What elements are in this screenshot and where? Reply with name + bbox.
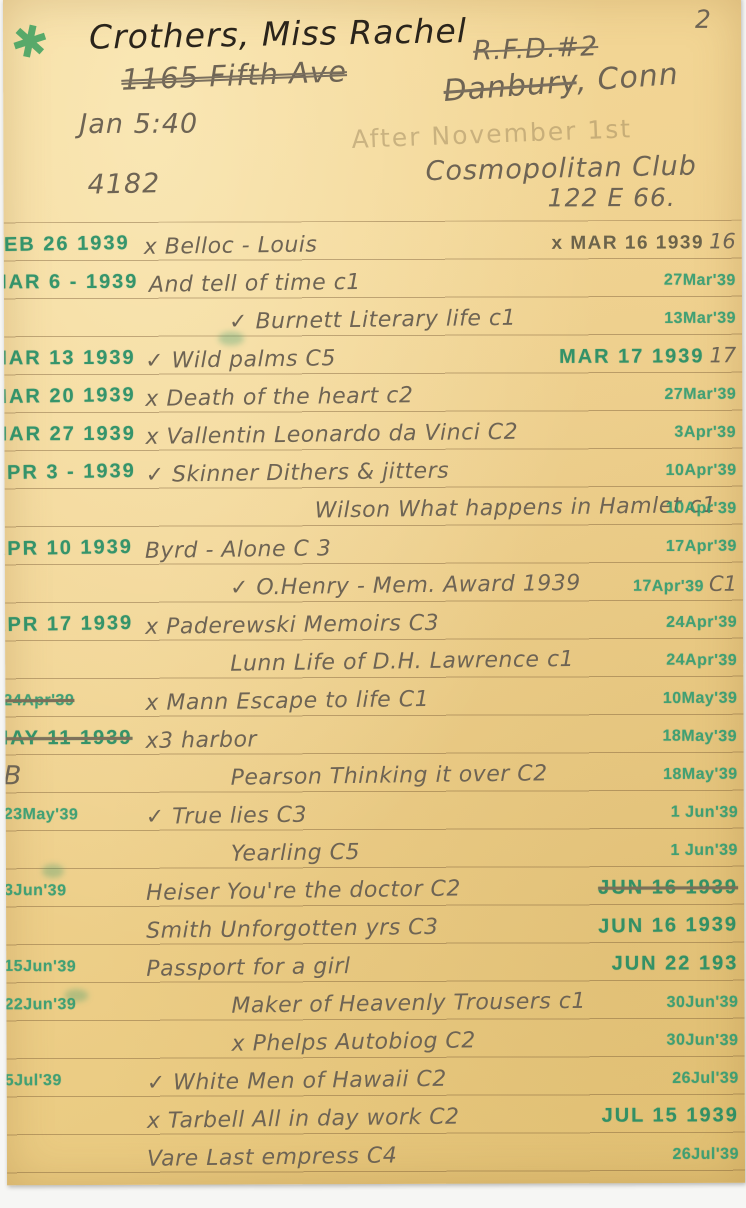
issue-date-stamp: ·	[3, 310, 134, 329]
pencil-note: 17	[709, 343, 736, 367]
ink-smudge	[42, 864, 64, 878]
ink-smudge	[64, 989, 88, 1002]
title-handwriting: ✓ True lies C3	[136, 796, 744, 829]
issue-date-stamp: 24Apr'39	[3, 690, 135, 710]
return-date-stamp: JUN 16 1939	[598, 914, 738, 937]
entry-row: APR 10 1939Byrd - Alone C 317Apr'39	[5, 527, 743, 568]
issue-date-stamp: ·	[3, 576, 135, 595]
return-date-stamp: 27Mar'39	[664, 270, 736, 290]
return-date-stamp: 17Apr'39C1	[633, 572, 737, 596]
return-date-stamp: 1 Jun'39	[670, 840, 737, 860]
title-handwriting: x Phelps Autobiog C2	[136, 1024, 744, 1057]
entry-row: APR 17 1939x Paderewski Memoirs C324Apr'…	[5, 603, 743, 644]
entry-row: 5Jul'39✓ White Men of Hawaii C226Jul'39	[7, 1059, 745, 1100]
title-handwriting: Maker of Heavenly Trousers c1	[136, 986, 744, 1019]
title-handwriting: And tell of time c1	[138, 264, 742, 297]
entry-row: 24Apr'39x Mann Escape to life C110May'39	[5, 679, 743, 720]
return-date-stamp: 1 Jun'39	[670, 802, 737, 822]
return-date-stamp: MAR 17 193917	[559, 343, 736, 369]
entry-row: 23May'39✓ True lies C31 Jun'39	[6, 793, 744, 834]
issue-date-stamp: 5Jul'39	[5, 1070, 137, 1090]
entry-row: ·✓ Burnett Literary life c113Mar'39	[4, 299, 742, 340]
after-november-stamp: After November 1st	[351, 114, 633, 154]
issue-date-stamp: APR 10 1939	[3, 536, 135, 559]
return-date-stamp: 26Jul'39	[672, 1144, 739, 1164]
title-handwriting: ✓ Skinner Dithers & jitters	[136, 454, 743, 487]
issue-date-stamp: 15Jun'39	[4, 956, 136, 976]
entry-row: BPearson Thinking it over C218May'39	[6, 755, 744, 796]
entry-row: MAY 11 1939x3 harbor18May'39	[5, 717, 743, 758]
entry-row: APR 3 - 1939✓ Skinner Dithers & jitters1…	[5, 451, 743, 492]
issue-date-stamp: ·	[4, 918, 136, 937]
title-handwriting: Wilson What happens in Hamlet c1	[135, 492, 743, 525]
return-date-stamp: 24Apr'39	[666, 612, 737, 632]
title-handwriting: x Paderewski Memoirs C3	[135, 606, 743, 639]
return-date-stamp: 3Apr'39	[675, 422, 737, 442]
entry-row: ·Vare Last empress C426Jul'39	[7, 1135, 745, 1176]
issue-date-stamp: MAR 6 - 1939	[3, 270, 139, 293]
issue-date-stamp: ·	[4, 842, 136, 861]
return-date-stamp: 18May'39	[663, 764, 738, 784]
title-handwriting: x Mann Escape to life C1	[135, 682, 743, 715]
issue-date-stamp: MAY 11 1939	[3, 726, 135, 749]
issue-date-stamp: 3Jun'39	[4, 880, 136, 900]
entry-row: FEB 26 1939x Belloc - Louisx MAR 16 1939…	[4, 223, 742, 264]
entry-row: 3Jun'39Heiser You're the doctor C2JUN 16…	[6, 869, 744, 910]
return-date-stamp: 13Mar'39	[664, 308, 736, 328]
entry-row: 22Jun'39Maker of Heavenly Trousers c130J…	[6, 983, 744, 1024]
return-date-stamp: 10Apr'39	[666, 460, 737, 480]
return-date-stamp: 10May'39	[663, 688, 738, 708]
return-date-stamp: 18May'39	[663, 726, 738, 746]
entry-row: ·Wilson What happens in Hamlet c110Apr'3…	[5, 489, 743, 530]
return-date-stamp: 17Apr'39	[666, 536, 737, 556]
entry-row: ·✓ O.Henry - Mem. Award 193917Apr'39C1	[5, 565, 743, 606]
title-handwriting: Pearson Thinking it over C2	[135, 758, 743, 791]
return-date-stamp: 30Jun'39	[667, 1030, 739, 1050]
entry-row: ·Yearling C51 Jun'39	[6, 831, 744, 872]
entry-row: MAR 20 1939x Death of the heart c227Mar'…	[4, 375, 742, 416]
title-handwriting: Byrd - Alone C 3	[135, 530, 743, 563]
pencil-note: 16	[709, 229, 736, 253]
entries: FEB 26 1939x Belloc - Louisx MAR 16 1939…	[4, 223, 745, 1176]
return-date-stamp: JUN 22 193	[612, 952, 739, 975]
issue-date-stamp: ·	[5, 1032, 137, 1051]
issue-date-stamp: 23May'39	[4, 804, 136, 824]
old-address-struck: 1165 Fifth Ave	[121, 54, 348, 97]
return-date-stamp: x MAR 16 193916	[551, 229, 735, 255]
entry-row: 15Jun'39Passport for a girlJUN 22 193	[6, 945, 744, 986]
scanned-library-card: ✱ Crothers, Miss Rachel 2 1165 Fifth Ave…	[0, 0, 746, 1208]
entry-row: ·x Phelps Autobiog C230Jun'39	[7, 1021, 745, 1062]
issue-date-stamp: MAR 13 1939	[3, 346, 136, 369]
issue-date-stamp: ·	[5, 1108, 137, 1127]
return-date-stamp: 27Mar'39	[664, 384, 736, 404]
return-date-stamp: 30Jun'39	[667, 992, 739, 1012]
pencil-note: C1	[709, 572, 737, 596]
title-handwriting: x Death of the heart c2	[136, 378, 743, 411]
rfd-address-struck: R.F.D.#2	[473, 31, 599, 67]
entry-row: MAR 13 1939✓ Wild palms C5MAR 17 193917	[4, 337, 742, 378]
entry-row: MAR 27 1939x Vallentin Leonardo da Vinci…	[4, 413, 742, 454]
issue-date-stamp: APR 17 1939	[3, 612, 135, 635]
club-address: 122 E 66.	[548, 183, 676, 212]
page-number: 2	[695, 5, 712, 34]
return-date-stamp: JUN 16 1939	[598, 876, 738, 899]
return-date-stamp: JUL 15 1939	[602, 1104, 739, 1127]
title-handwriting: Yearling C5	[136, 834, 744, 867]
star-mark: ✱	[6, 14, 54, 72]
title-handwriting: Lunn Life of D.H. Lawrence c1	[135, 644, 743, 677]
issue-date-stamp: ·	[5, 1146, 137, 1165]
return-date-stamp: 24Apr'39	[666, 650, 737, 670]
town-struck: Danbury	[442, 64, 578, 109]
issue-date-stamp: FEB 26 1939	[3, 232, 134, 255]
entry-row: MAR 6 - 1939And tell of time c127Mar'39	[4, 261, 742, 302]
issue-date-stamp: MAR 27 1939	[3, 422, 136, 445]
membership-date: Jan 5:40	[79, 109, 198, 140]
issue-date-stamp: ·	[3, 500, 135, 519]
issue-date-stamp: ·	[3, 652, 135, 671]
entry-row: ·x Tarbell All in day work C2JUL 15 1939	[7, 1097, 745, 1138]
title-handwriting: ✓ Burnett Literary life c1	[134, 302, 742, 335]
club-name: Cosmopolitan Club	[425, 151, 697, 188]
card-number: 4182	[87, 168, 160, 201]
patron-name: Crothers, Miss Rachel	[89, 11, 468, 57]
issue-date-stamp: MAR 20 1939	[3, 384, 136, 407]
entry-row: ·Lunn Life of D.H. Lawrence c124Apr'39	[5, 641, 743, 682]
return-date-stamp: 26Jul'39	[672, 1068, 739, 1088]
title-handwriting: Vare Last empress C4	[137, 1138, 745, 1171]
town-rest: , Conn	[575, 57, 680, 99]
issue-date-stamp: B	[4, 761, 136, 791]
entry-row: ·Smith Unforgotten yrs C3JUN 16 1939	[6, 907, 744, 948]
library-card: ✱ Crothers, Miss Rachel 2 1165 Fifth Ave…	[3, 0, 745, 1185]
title-handwriting: x3 harbor	[135, 720, 743, 753]
title-handwriting: x Vallentin Leonardo da Vinci C2	[136, 416, 743, 449]
ink-smudge	[218, 331, 244, 345]
title-handwriting: ✓ White Men of Hawaii C2	[137, 1062, 745, 1095]
issue-date-stamp: APR 3 - 1939	[3, 460, 136, 483]
return-date-stamp: 10Apr'39	[666, 498, 737, 518]
